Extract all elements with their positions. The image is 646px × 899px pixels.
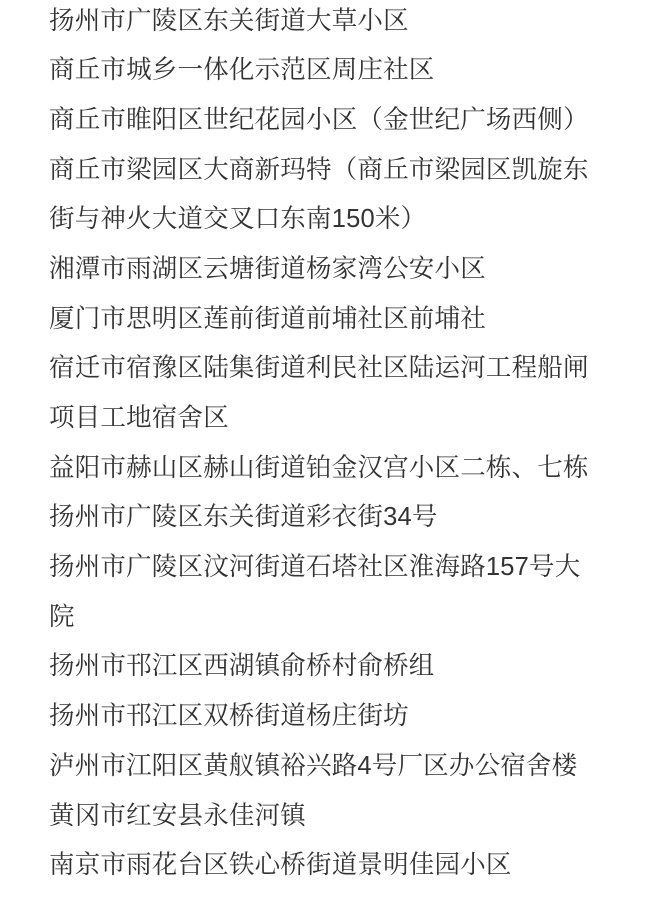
address-line-wrap-continuation: 院 bbox=[49, 590, 646, 640]
risk-area-address-list[interactable]: 扬州市广陵区东关街道大草小区 商丘市城乡一体化示范区周庄社区 商丘市睢阳区世纪花… bbox=[49, 0, 646, 888]
address-line: 扬州市邗江区双桥街道杨庄街坊 bbox=[49, 689, 646, 739]
address-line: 商丘市睢阳区世纪花园小区（金世纪广场西侧） bbox=[49, 93, 646, 143]
address-line: 扬州市广陵区东关街道彩衣街34号 bbox=[49, 491, 646, 541]
address-line: 泸州市江阳区黄舣镇裕兴路4号厂区办公宿舍楼 bbox=[49, 739, 646, 789]
address-line: 商丘市梁园区大商新玛特（商丘市梁园区凯旋东 bbox=[49, 143, 646, 193]
address-line: 扬州市广陵区汶河街道石塔社区淮海路157号大 bbox=[49, 540, 646, 590]
address-line: 商丘市城乡一体化示范区周庄社区 bbox=[49, 43, 646, 93]
address-line: 黄冈市红安县永佳河镇 bbox=[49, 789, 646, 839]
address-line: 湘潭市雨湖区云塘街道杨家湾公安小区 bbox=[49, 242, 646, 292]
address-line: 厦门市思明区莲前街道前埔社区前埔社 bbox=[49, 292, 646, 342]
address-line: 扬州市广陵区东关街道大草小区 bbox=[49, 0, 646, 43]
address-line-wrap-continuation: 项目工地宿舍区 bbox=[49, 391, 646, 441]
address-line: 扬州市邗江区西湖镇俞桥村俞桥组 bbox=[49, 640, 646, 690]
address-line: 宿迁市宿豫区陆集街道利民社区陆运河工程船闸 bbox=[49, 342, 646, 392]
address-line: 南京市雨花台区铁心桥街道景明佳园小区 bbox=[49, 838, 646, 888]
address-line-wrap-continuation: 街与神火大道交叉口东南150米） bbox=[49, 192, 646, 242]
address-line: 益阳市赫山区赫山街道铂金汉宫小区二栋、七栋 bbox=[49, 441, 646, 491]
